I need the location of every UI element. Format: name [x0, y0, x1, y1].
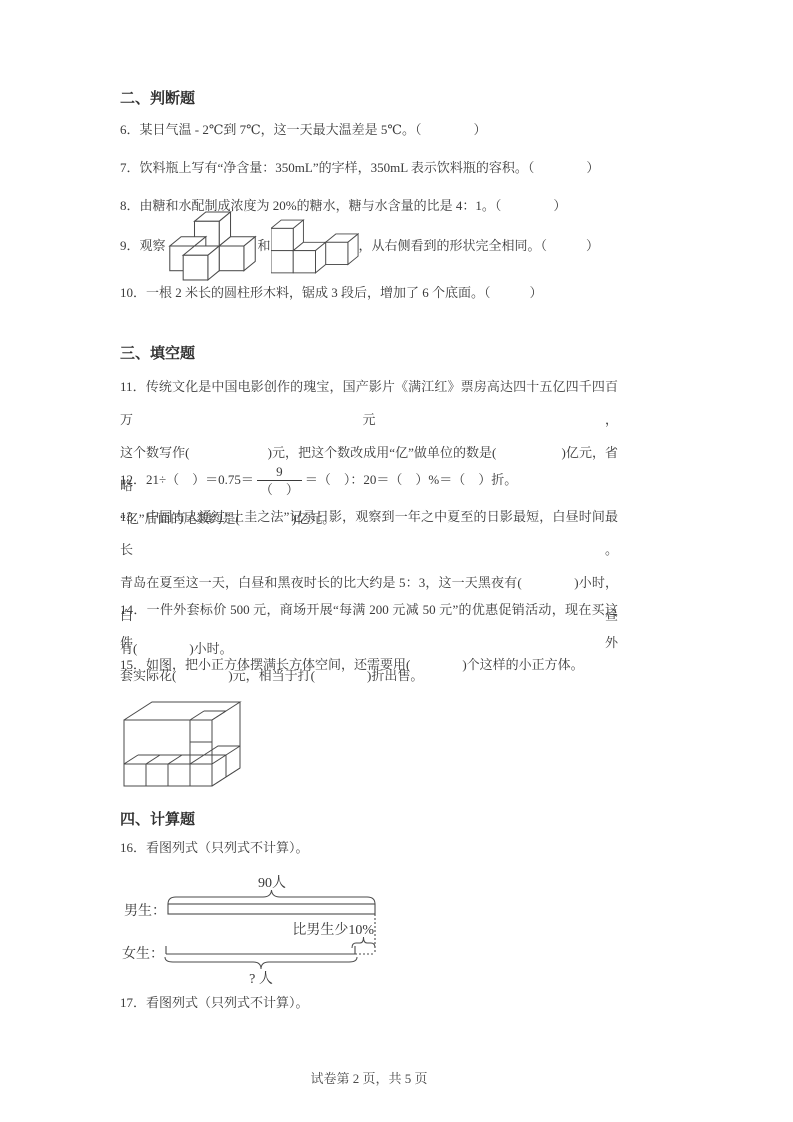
section-heading-judge: 二、判断题	[120, 89, 618, 109]
question-9-prefix: 9．观察	[120, 236, 166, 256]
difference-label: 比男生少10%	[292, 921, 374, 938]
cube-figure-l	[271, 217, 359, 275]
question-16: 16．看图列式（只列式不计算）。	[120, 838, 618, 858]
question-15: 15．如图，把小正方体摆满长方体空间，还需要用( )个这样的小正方体。	[120, 655, 618, 675]
footer-page-number: 试卷第 2 页，共 5 页	[120, 1068, 618, 1087]
question-14: 14．一件外套标价 500 元，商场开展“每满 200 元减 50 元”的优惠促…	[120, 593, 618, 692]
question-7: 7．饮料瓶上写有“净含量：350mL”的字样，350mL 表示饮料瓶的容积。（ …	[120, 158, 618, 178]
question-12: 12．21÷（ ）＝0.75＝ 9 （ ） ＝（ ）：20＝（ ）%＝（ ）折。	[120, 455, 618, 505]
question-12-after: ＝（ ）：20＝（ ）%＝（ ）折。	[305, 470, 517, 490]
section-heading-calc: 四、计算题	[120, 810, 618, 830]
fraction-numerator: 9	[274, 463, 285, 480]
bar-diagram: 90人 男生： 比男生少10% 女生： ? 人	[112, 873, 384, 987]
question-9-and: 和	[258, 236, 271, 256]
boys-label: 男生：	[124, 902, 166, 919]
question-12-before: 12．21÷（ ）＝0.75＝	[120, 470, 254, 490]
question-9: 9．观察	[120, 210, 618, 282]
question-11-line1: 11．传统文化是中国电影创作的瑰宝，国产影片《满江红》票房高达四十五亿四千四百万…	[120, 370, 618, 436]
fraction: 9 （ ）	[257, 463, 302, 498]
bar-diagram-bottom-label: ? 人	[249, 971, 273, 987]
bar-diagram-top-label: 90人	[258, 875, 286, 891]
exam-page: 二、判断题 6．某日气温 - 2℃到 7℃，这一天最大温差是 5℃。（ ） 7．…	[0, 0, 793, 1122]
girls-label: 女生：	[122, 945, 164, 962]
question-9-suffix: ，从右侧看到的形状完全相同。（ ）	[359, 236, 600, 256]
question-14-line1: 14．一件外套标价 500 元，商场开展“每满 200 元减 50 元”的优惠促…	[120, 593, 618, 659]
question-13-line1: 13．中国古人通过“土圭之法”记录日影，观察到一年之中夏至的日影最短，白昼时间最…	[120, 500, 618, 566]
cube-figure-plus	[166, 211, 258, 281]
section-heading-fill: 三、填空题	[120, 344, 618, 364]
question-6: 6．某日气温 - 2℃到 7℃，这一天最大温差是 5℃。（ ）	[120, 120, 618, 140]
question-17: 17．看图列式（只列式不计算）。	[120, 993, 618, 1013]
fraction-denominator: （ ）	[257, 480, 302, 498]
cuboid-figure	[118, 690, 244, 790]
question-10: 10．一根 2 米长的圆柱形木料，锯成 3 段后，增加了 6 个底面。（ ）	[120, 283, 618, 303]
